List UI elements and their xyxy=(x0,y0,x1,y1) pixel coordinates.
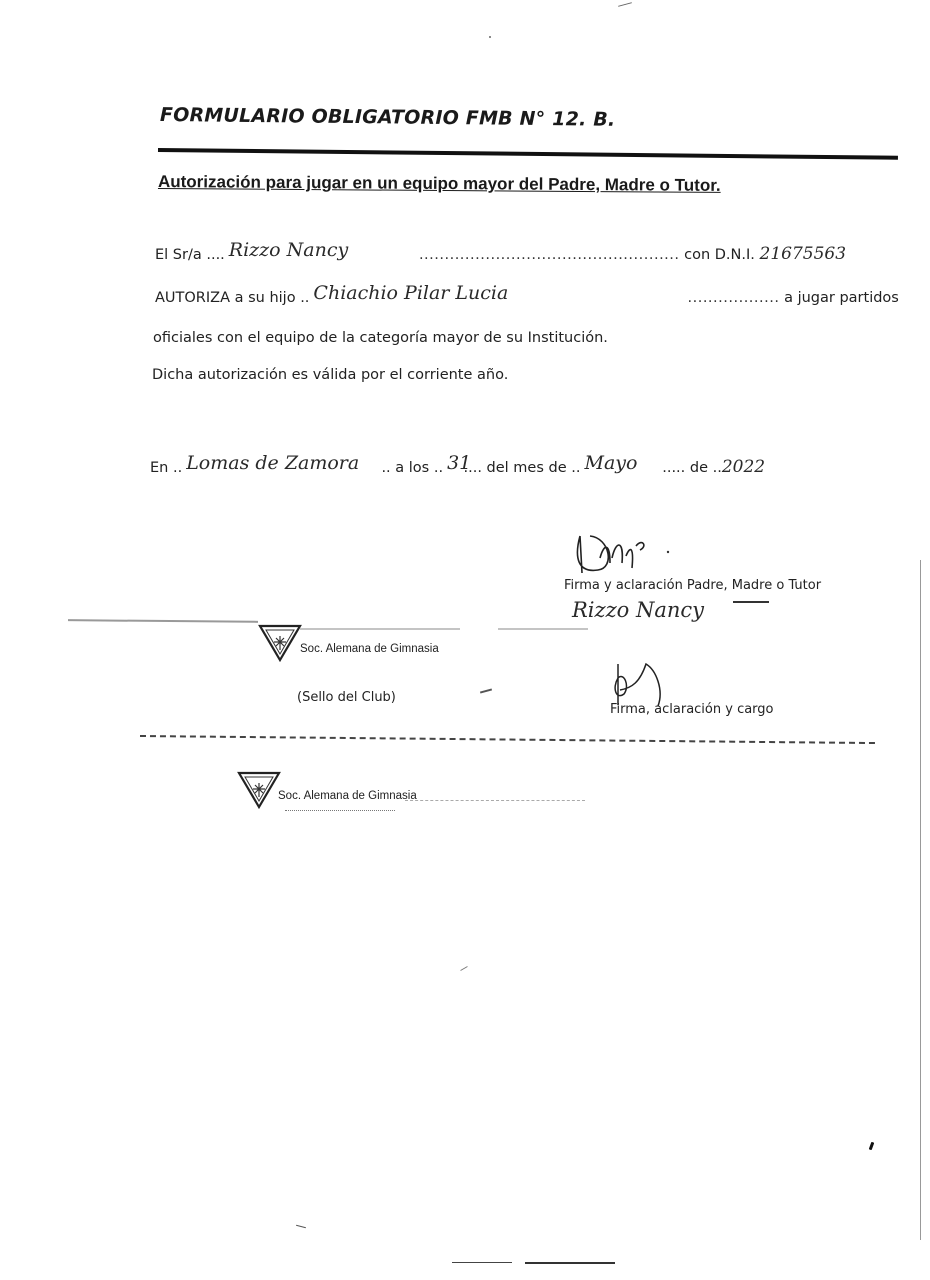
place-field[interactable]: .......................................L… xyxy=(182,460,381,476)
year-value[interactable]: 2022 xyxy=(722,457,765,477)
child-name-field[interactable]: ........................................… xyxy=(309,290,687,306)
child-dots: .................. xyxy=(688,290,780,306)
scan-speck xyxy=(869,1142,875,1151)
club-stamp-text: Soc. Alemana de Gimnasia xyxy=(300,643,439,655)
child-suffix: a jugar partidos xyxy=(779,290,898,306)
footer-stamp-underline xyxy=(285,810,395,812)
scan-artifact-line xyxy=(618,2,632,7)
body-line-3: oficiales con el equipo de la categoría … xyxy=(153,330,608,346)
day-field[interactable]: ....31 xyxy=(443,460,463,476)
place-prefix: En .. xyxy=(150,460,182,476)
authorizer-name-field[interactable]: ......................................Ri… xyxy=(225,247,419,263)
scan-artifact-line xyxy=(452,1262,512,1263)
month-value: Mayo xyxy=(584,452,637,474)
form-subtitle: Autorización para jugar en un equipo may… xyxy=(158,172,721,196)
cut-line-divider xyxy=(140,735,875,744)
underline-mark xyxy=(733,601,769,603)
scan-artifact-line xyxy=(480,688,492,693)
month-field[interactable]: ................Mayo xyxy=(580,460,662,476)
scan-artifact-line xyxy=(405,800,585,802)
dni-label: con D.N.I. xyxy=(680,247,760,263)
month-dots: ..... xyxy=(662,460,685,476)
form-title: FORMULARIO OBLIGATORIO FMB N° 12. B. xyxy=(160,104,616,131)
scan-artifact-line xyxy=(460,966,467,971)
dni-value[interactable]: 21675563 xyxy=(760,244,847,264)
club-stamp-logo-icon xyxy=(258,624,302,662)
month-label: del mes de .. xyxy=(482,460,581,476)
year-label: de .. xyxy=(685,460,722,476)
authorizer-dots: ........................................… xyxy=(419,247,680,263)
club-seal-label: (Sello del Club) xyxy=(297,690,396,705)
title-divider xyxy=(158,148,898,160)
days-label: a los .. xyxy=(391,460,443,476)
footer-stamp-text: Soc. Alemana de Gimnasia xyxy=(278,790,417,802)
scan-artifact-line xyxy=(68,619,258,623)
page-edge-line xyxy=(920,560,921,1240)
place-dots: .. xyxy=(381,460,390,476)
child-name-value: Chiachio Pilar Lucia xyxy=(313,282,508,304)
place-value: Lomas de Zamora xyxy=(186,452,359,474)
date-line: En .....................................… xyxy=(150,457,765,477)
footer-stamp-logo-icon xyxy=(237,771,281,809)
day-value: 31 xyxy=(447,452,471,474)
authorizer-line: El Sr/a ................................… xyxy=(155,244,846,264)
authorize-child-line: AUTORIZA a su hijo .....................… xyxy=(155,290,899,306)
parent-signature-label: Firma y aclaración Padre, Madre o Tutor xyxy=(564,578,821,593)
body-line-4: Dicha autorización es válida por el corr… xyxy=(152,367,508,383)
child-prefix: AUTORIZA a su hijo .. xyxy=(155,290,309,306)
scan-speck xyxy=(489,36,491,38)
parent-clarification-value: Rizzo Nancy xyxy=(572,598,704,622)
scan-artifact-line xyxy=(300,628,460,630)
scan-artifact-line xyxy=(296,1225,306,1229)
authorizer-name-value: Rizzo Nancy xyxy=(229,239,348,261)
official-signature-label: Firma, aclaración y cargo xyxy=(610,702,774,717)
scan-artifact-line xyxy=(525,1262,615,1264)
parent-signature-icon xyxy=(570,528,680,578)
authorizer-prefix: El Sr/a .... xyxy=(155,247,225,263)
scan-artifact-line xyxy=(498,628,588,630)
